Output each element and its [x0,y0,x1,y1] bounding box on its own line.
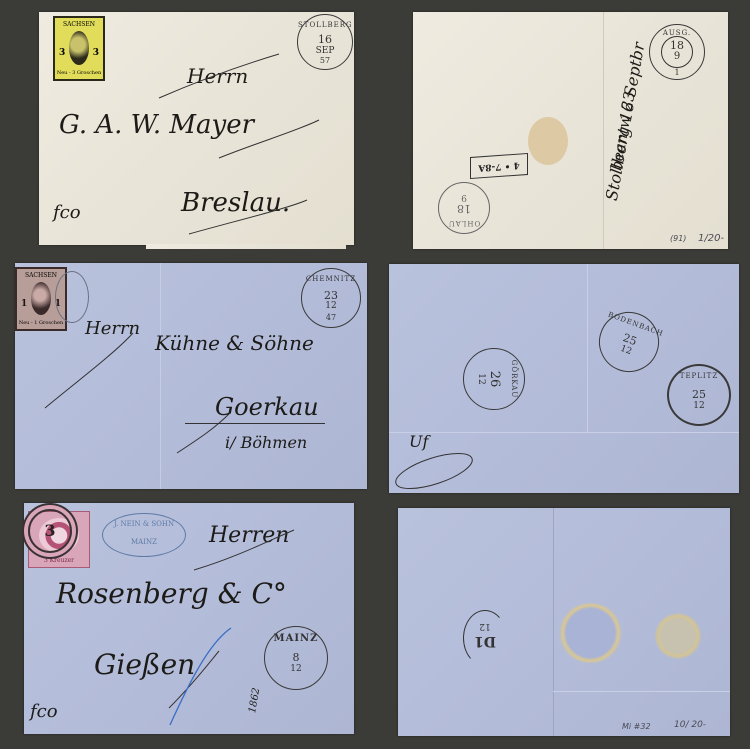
wax-seal-stain [558,603,623,663]
flourish [39,12,354,245]
flourish [389,264,739,493]
pencil-catalog-number: (91) [670,234,686,243]
docket-line-2: beantw 23 [607,90,639,172]
cover-back-goerkau: GÖRKAU 26 12 BODENBACH 25 12 TEPLITZ 25 … [389,264,739,493]
fold-line [603,12,604,249]
wax-stain [528,117,568,165]
postmark-ohlau: OHLAU 18 9 [438,182,490,234]
pencil-price: 10/ 20- [674,720,706,730]
pencil-catalog-number: Mi #32 [622,722,651,731]
cover-front-chemnitz: SACHSEN 1 1 Neu - 1 Groschen CHEMNITZ 23… [15,263,367,489]
cover-front-mainz: 3 Kreuzer 3 J. NEIN & SOHN MAINZ Herren … [24,503,354,734]
flourish [24,503,354,734]
postmark-ausg: AUSG. 18 9 1 [649,24,705,80]
cover-back-mainz: D1 12 Mi #32 10/ 20- [398,508,730,736]
fold-line [553,508,554,736]
postmark-d1: D1 12 [463,610,507,666]
blue-crayon-mark [170,628,231,725]
box-cancel: 4 • 7-8A [470,153,528,179]
fold-line-h [553,691,730,692]
pencil-price: 1/20- [698,233,724,244]
wax-stain-right [654,613,702,659]
cover-fold [146,244,346,249]
flourish [15,263,367,489]
cover-front-stollberg: SACHSEN 3 3 Neu - 3 Groschen STOLLBERG 1… [39,12,354,245]
cover-back-ohlau: AUSG. 18 9 1 4 • 7-8A OHLAU 18 9 Stollbe… [413,12,728,249]
